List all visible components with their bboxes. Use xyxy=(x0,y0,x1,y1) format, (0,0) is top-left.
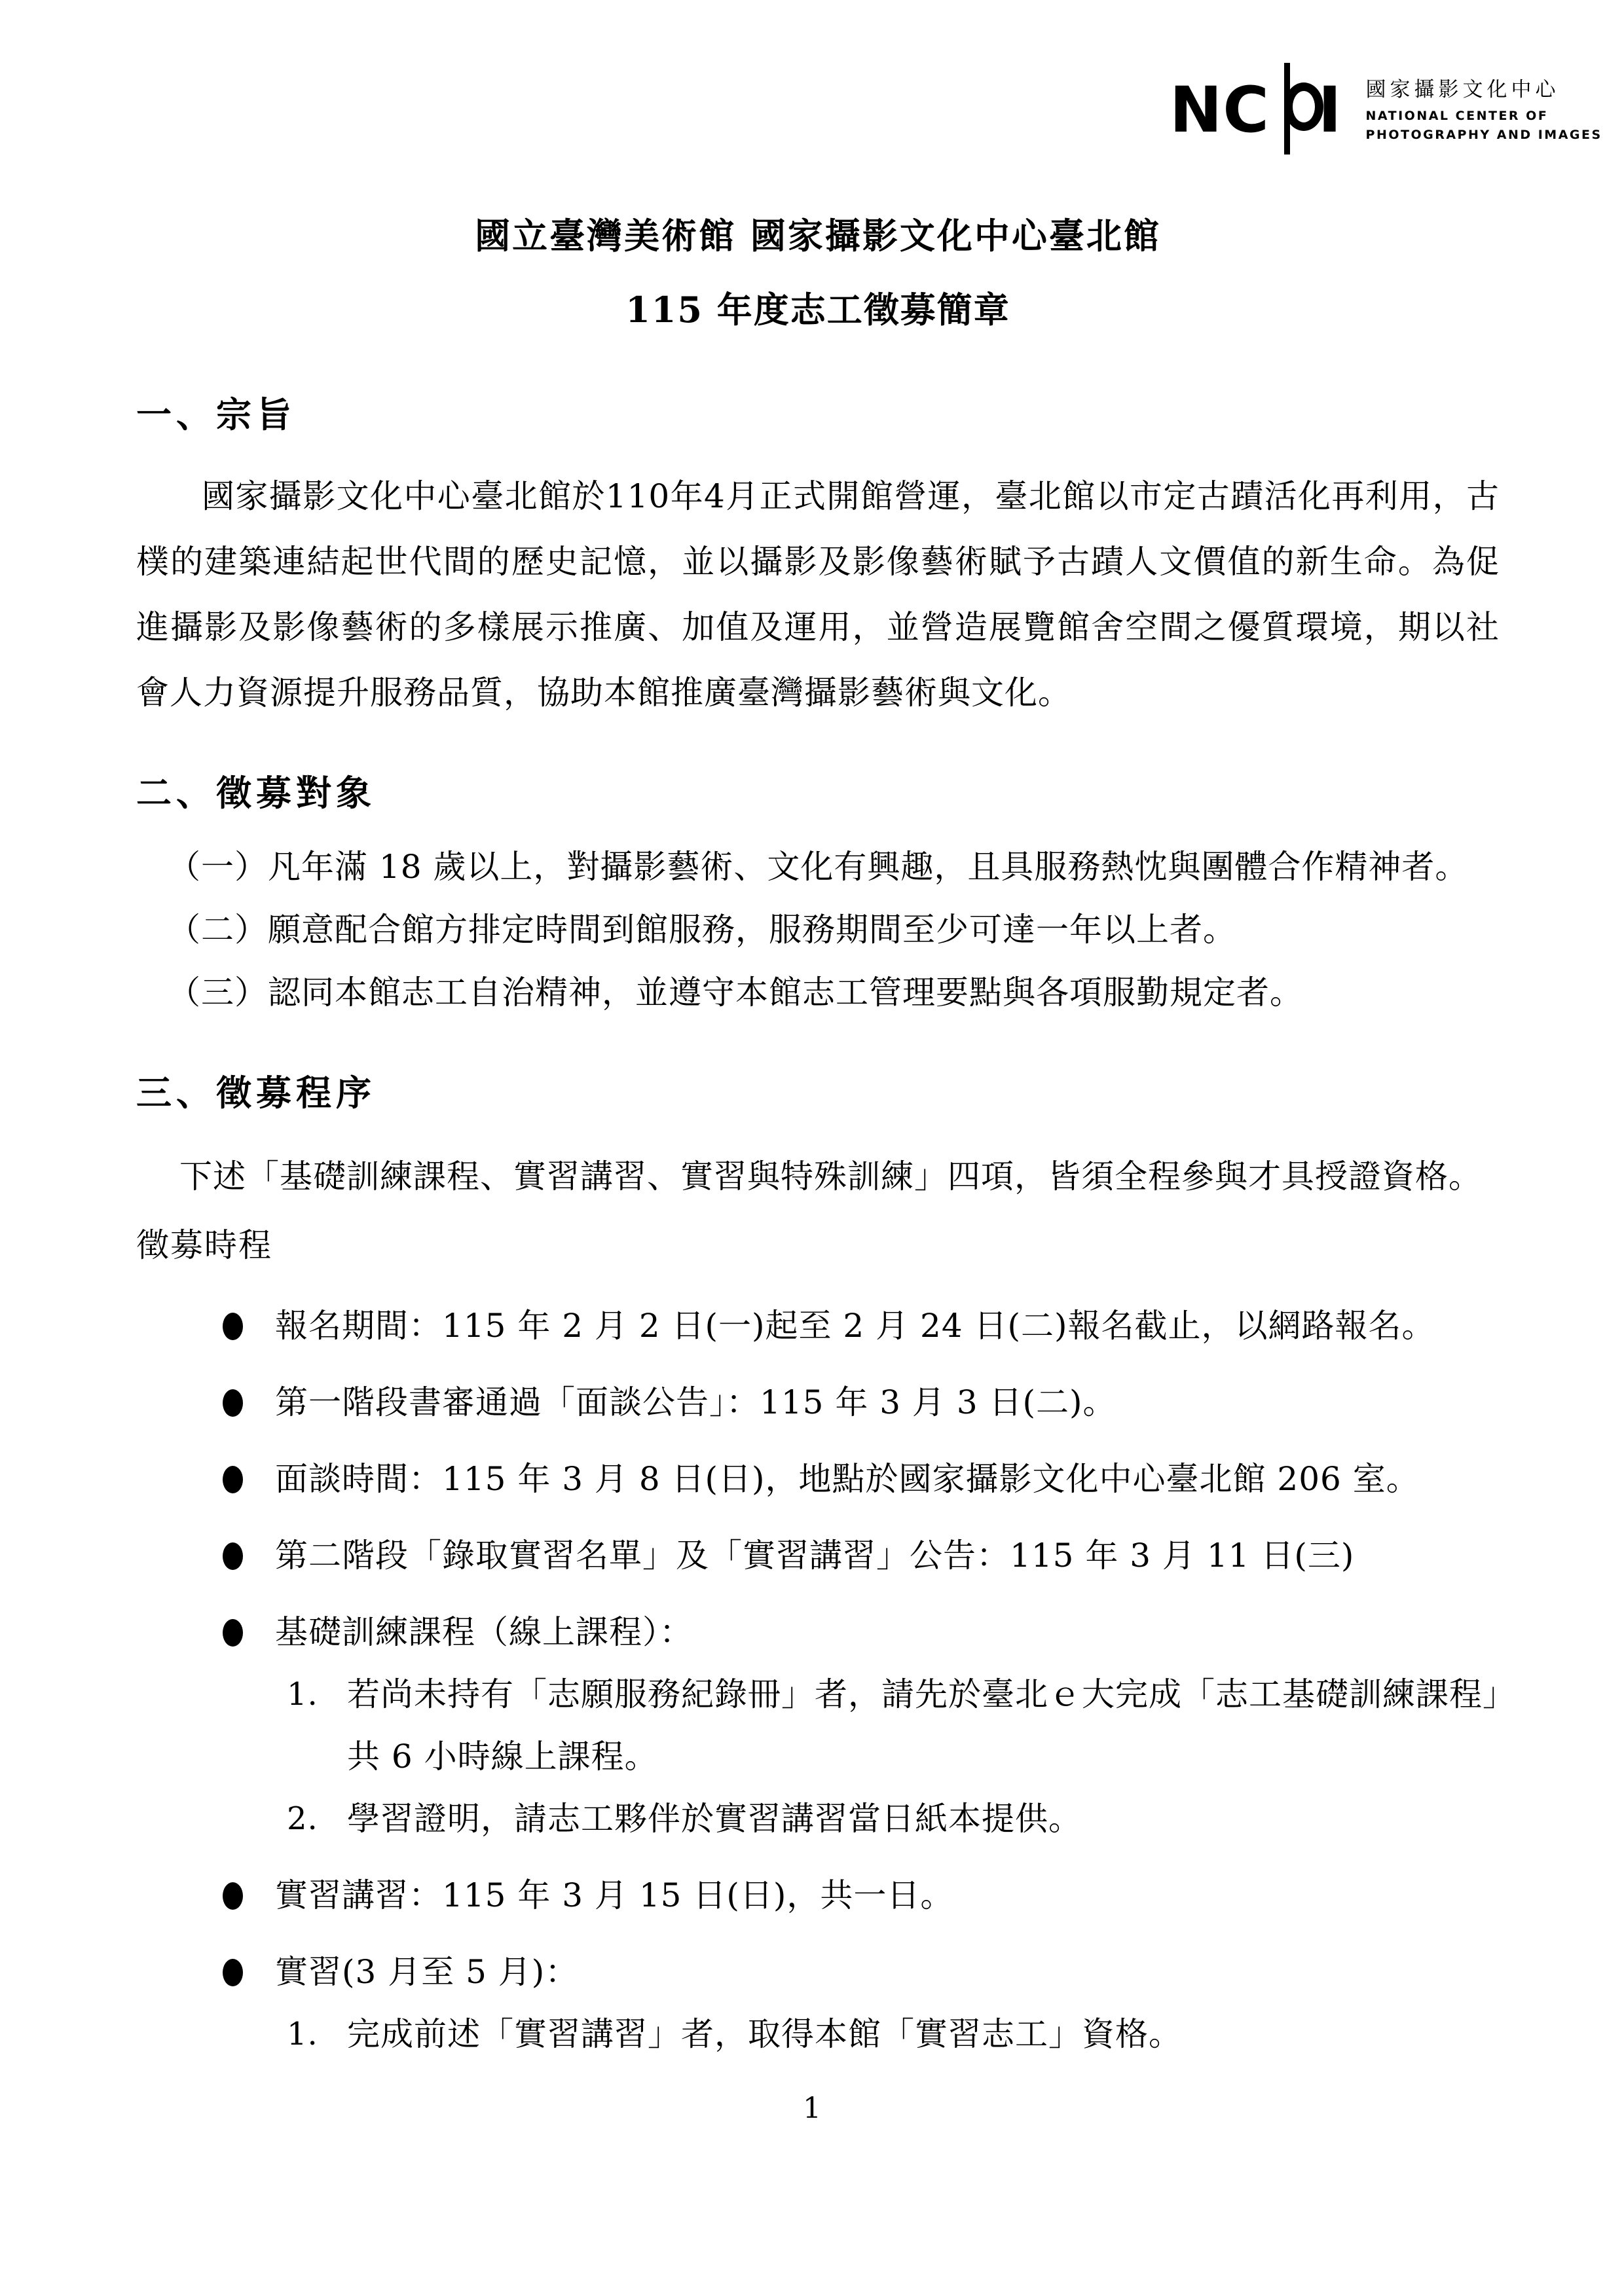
targets-list-item: （一）凡年滿 18 歲以上，對攝影藝術、文化有興趣，且具服務熱忱與團體合作精神者… xyxy=(168,835,1500,898)
bullet-text: 第二階段「錄取實習名單」及「實習講習」公告：115 年 3 月 11 日(三) xyxy=(275,1537,1354,1575)
targets-list-item: （二）願意配合館方排定時間到館服務，服務期間至少可達一年以上者。 xyxy=(168,898,1500,961)
logo-text-block: 國家攝影文化中心 NATIONAL CENTER OF PHOTOGRAPHY … xyxy=(1366,59,1602,145)
schedule-bullet-list: 報名期間：115 年 2 月 2 日(一)起至 2 月 24 日(二)報名截止，… xyxy=(136,1295,1500,2066)
bullet-icon xyxy=(223,1882,243,1910)
numbered-sublist: 完成前述「實習講習」者，取得本館「實習志工」資格。 xyxy=(275,2003,1500,2066)
bullet-text: 第一階段書審通過「面談公告」：115 年 3 月 3 日(二)。 xyxy=(275,1383,1116,1421)
document-subtitle: 115 年度志工徵募簡章 xyxy=(136,289,1500,330)
bullet-icon xyxy=(223,1313,243,1340)
bullet-text: 實習(3 月至 5 月)： xyxy=(275,1953,578,1991)
document-title: 國立臺灣美術館 國家攝影文化中心臺北館 xyxy=(136,215,1500,257)
bullet-text: 基礎訓練課程（線上課程）： xyxy=(275,1613,693,1651)
logo-name-english-line2: PHOTOGRAPHY AND IMAGES xyxy=(1366,126,1602,145)
numbered-subitem: 若尚未持有「志願服務紀錄冊」者，請先於臺北ｅ大完成「志工基礎訓練課程」共 6 小… xyxy=(287,1664,1500,1788)
logo-letters-nc: NC xyxy=(1170,79,1270,141)
numbered-sublist: 若尚未持有「志願服務紀錄冊」者，請先於臺北ｅ大完成「志工基礎訓練課程」共 6 小… xyxy=(275,1664,1500,1850)
bullet-icon xyxy=(223,1466,243,1493)
ncpi-logo: NC I 國家攝影文化中心 NATIONAL CENTER OF PHOTOGR… xyxy=(1170,59,1602,161)
numbered-subitem: 完成前述「實習講習」者，取得本館「實習志工」資格。 xyxy=(287,2003,1500,2066)
schedule-bullet-item: 第一階段書審通過「面談公告」：115 年 3 月 3 日(二)。 xyxy=(223,1372,1500,1434)
bullet-icon xyxy=(223,1542,243,1570)
targets-list: （一）凡年滿 18 歲以上，對攝影藝術、文化有興趣，且具服務熱忱與團體合作精神者… xyxy=(136,835,1500,1024)
schedule-bullet-item: 第二階段「錄取實習名單」及「實習講習」公告：115 年 3 月 11 日(三) xyxy=(223,1525,1500,1587)
section-purpose: 一、宗旨 國家攝影文化中心臺北館於110年4月正式開館營運，臺北館以市定古蹟活化… xyxy=(136,393,1500,725)
schedule-bullet-item: 報名期間：115 年 2 月 2 日(一)起至 2 月 24 日(二)報名截止，… xyxy=(223,1295,1500,1357)
section-targets-heading: 二、徵募對象 xyxy=(136,771,1500,814)
schedule-bullet-item: 實習(3 月至 5 月)： 完成前述「實習講習」者，取得本館「實習志工」資格。 xyxy=(223,1941,1500,2066)
logo-name-english-line1: NATIONAL CENTER OF xyxy=(1366,107,1602,126)
schedule-bullet-item: 基礎訓練課程（線上課程）： 若尚未持有「志願服務紀錄冊」者，請先於臺北ｅ大完成「… xyxy=(223,1601,1500,1850)
section-purpose-heading: 一、宗旨 xyxy=(136,393,1500,436)
section-procedure: 三、徵募程序 下述「基礎訓練課程、實習講習、實習與特殊訓練」四項，皆須全程參與才… xyxy=(136,1071,1500,2066)
schedule-bullet-item: 實習講習：115 年 3 月 15 日(日)，共一日。 xyxy=(223,1865,1500,1927)
bullet-icon xyxy=(223,1619,243,1647)
schedule-label: 徵募時程 xyxy=(136,1214,1500,1277)
logo-name-chinese: 國家攝影文化中心 xyxy=(1366,77,1602,102)
schedule-bullet-item: 面談時間：115 年 3 月 8 日(日)，地點於國家攝影文化中心臺北館 206… xyxy=(223,1448,1500,1510)
section-targets: 二、徵募對象 （一）凡年滿 18 歲以上，對攝影藝術、文化有興趣，且具服務熱忱與… xyxy=(136,771,1500,1024)
logo-thorn-bowl xyxy=(1284,82,1323,131)
section-procedure-heading: 三、徵募程序 xyxy=(136,1071,1500,1114)
document-page: NC I 國家攝影文化中心 NATIONAL CENTER OF PHOTOGR… xyxy=(0,0,1624,2296)
section-purpose-paragraph: 國家攝影文化中心臺北館於110年4月正式開館營運，臺北館以市定古蹟活化再利用，古… xyxy=(136,464,1500,725)
bullet-icon xyxy=(223,1959,243,1986)
document-content: 國立臺灣美術館 國家攝影文化中心臺北館 115 年度志工徵募簡章 一、宗旨 國家… xyxy=(0,215,1624,2066)
procedure-intro: 下述「基礎訓練課程、實習講習、實習與特殊訓練」四項，皆須全程參與才具授證資格。 xyxy=(136,1146,1500,1208)
targets-list-item: （三）認同本館志工自治精神，並遵守本館志工管理要點與各項服勤規定者。 xyxy=(168,961,1500,1024)
logo-thorn-glyph-icon xyxy=(1273,59,1316,161)
page-number: 1 xyxy=(0,2092,1624,2125)
numbered-subitem: 學習證明，請志工夥伴於實習講習當日紙本提供。 xyxy=(287,1788,1500,1850)
bullet-text: 面談時間：115 年 3 月 8 日(日)，地點於國家攝影文化中心臺北館 206… xyxy=(275,1460,1420,1498)
bullet-text: 報名期間：115 年 2 月 2 日(一)起至 2 月 24 日(二)報名截止，… xyxy=(275,1307,1435,1345)
bullet-icon xyxy=(223,1389,243,1417)
bullet-text: 實習講習：115 年 3 月 15 日(日)，共一日。 xyxy=(275,1876,953,1914)
ncpi-logo-mark: NC I xyxy=(1170,59,1342,161)
